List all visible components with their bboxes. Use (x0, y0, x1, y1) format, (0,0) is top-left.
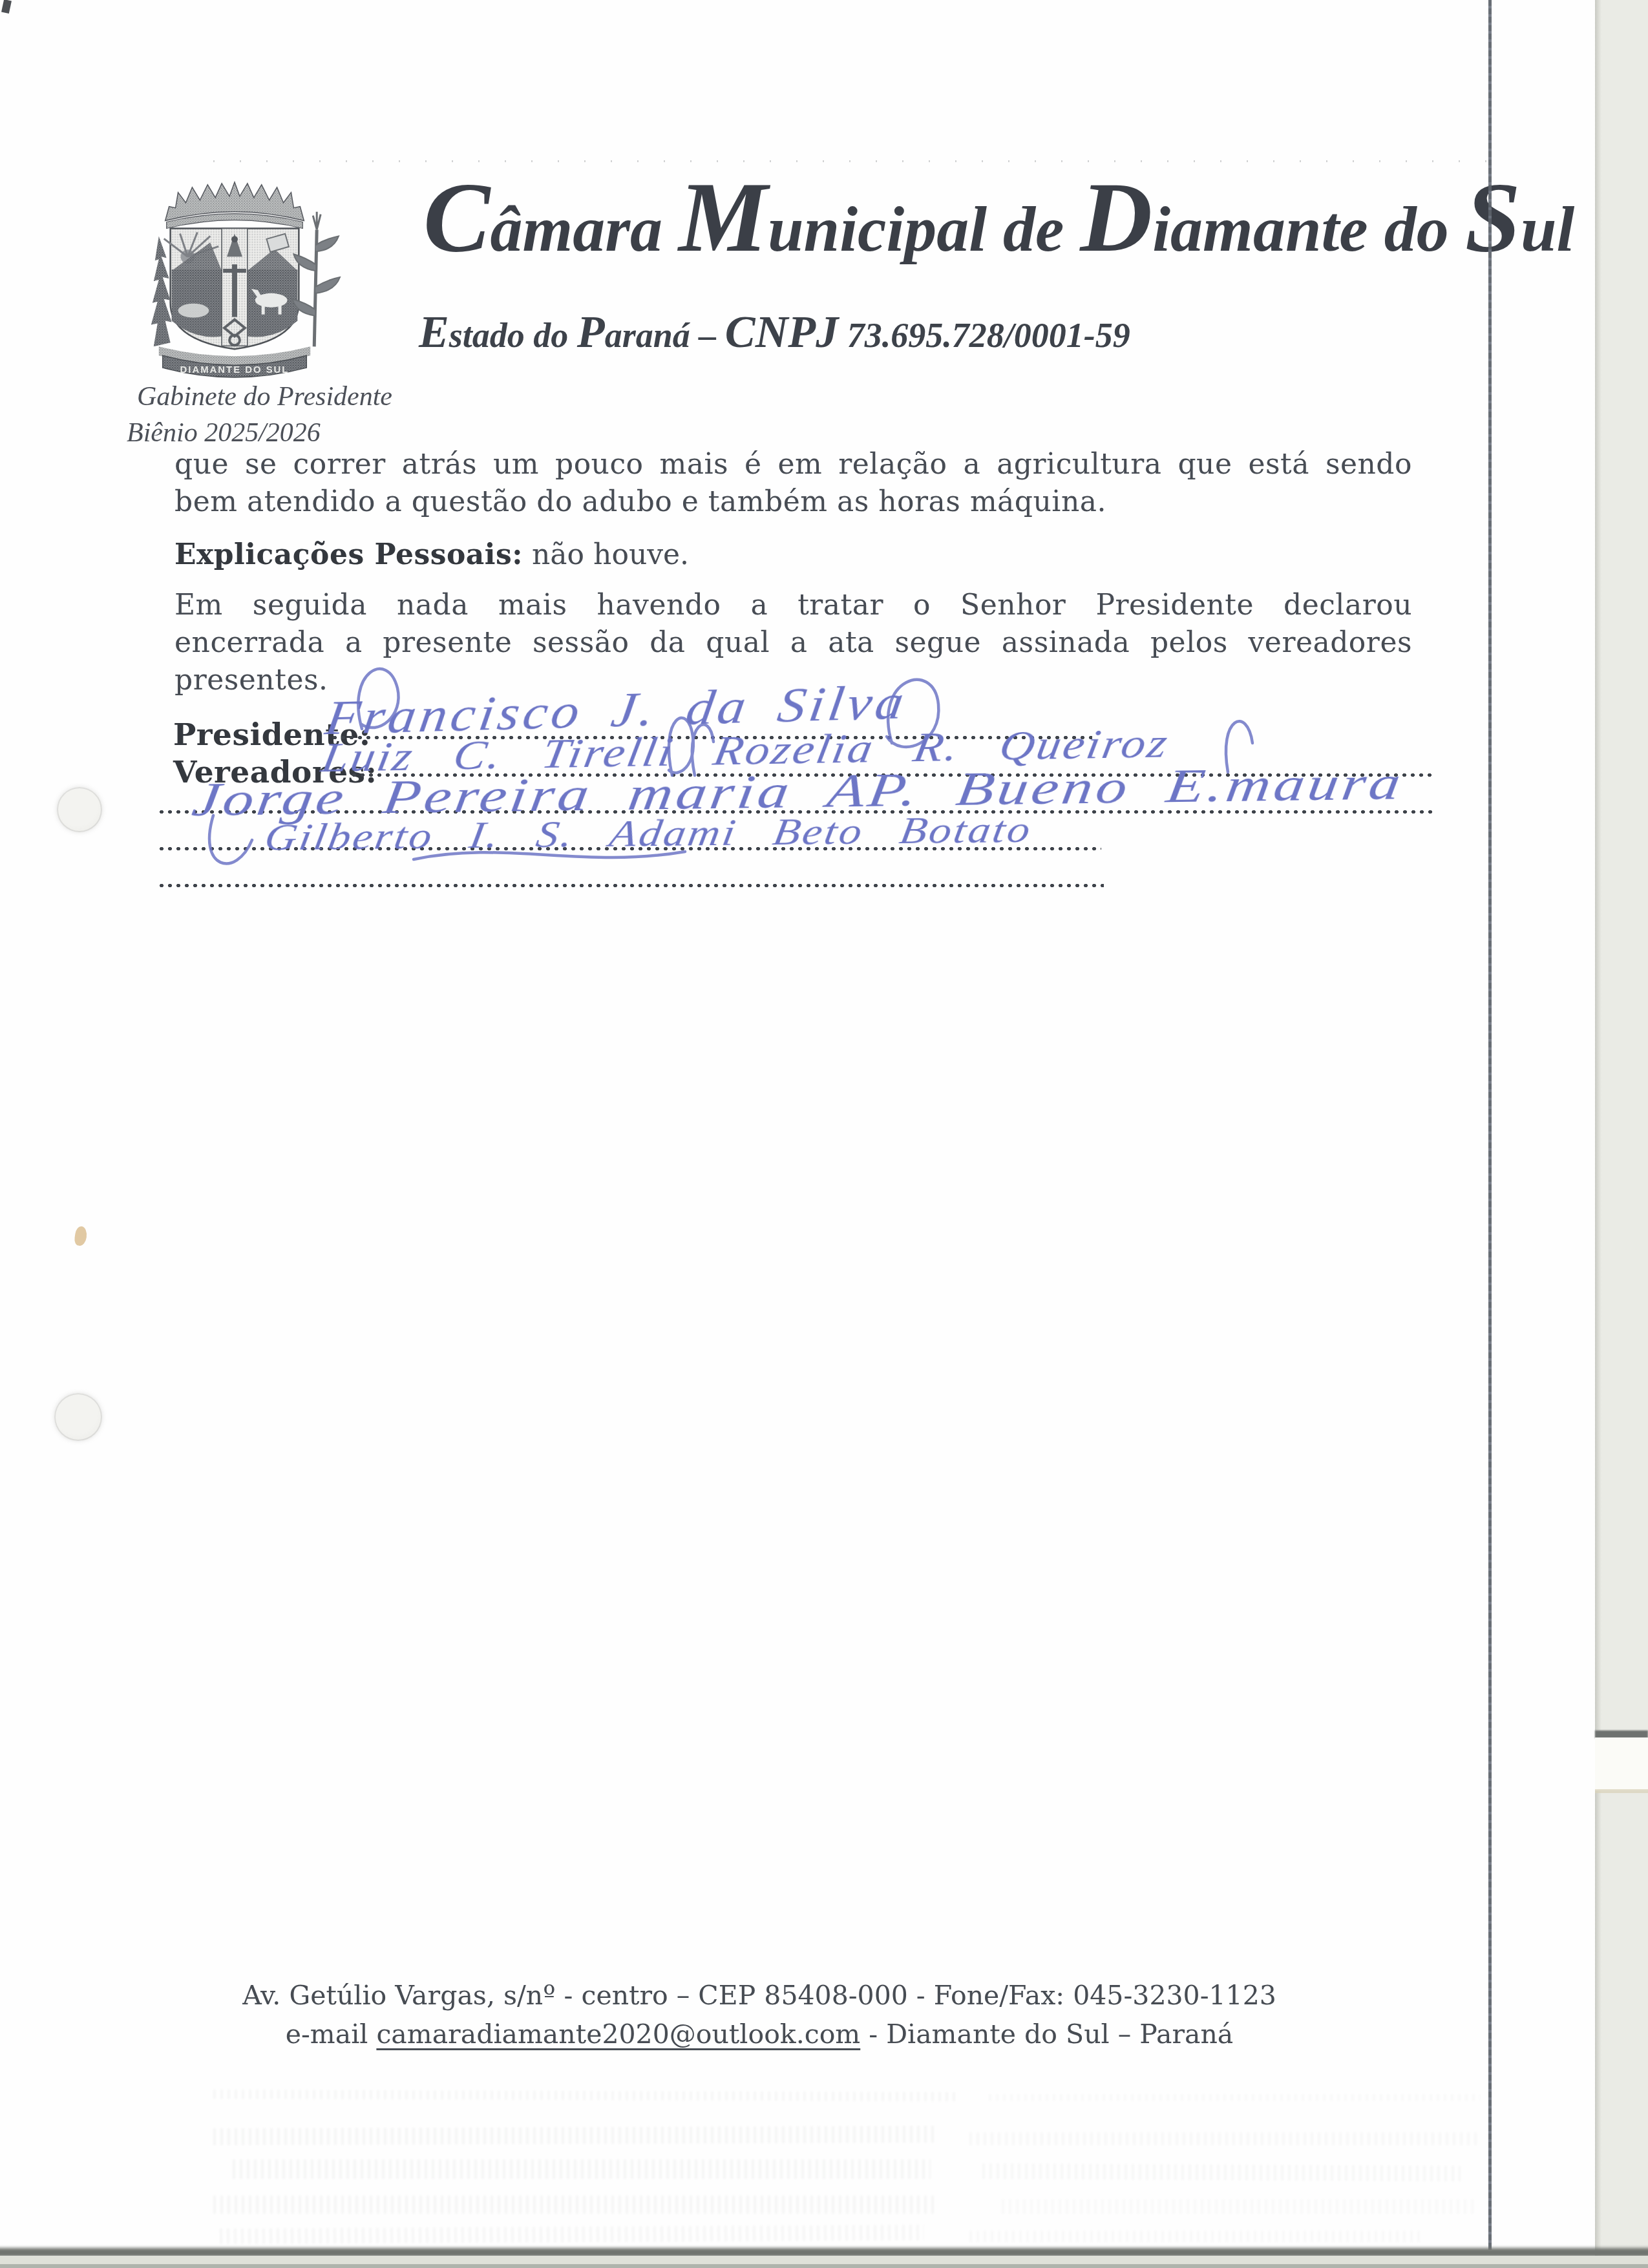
explanations-label: Explicações Pessoais: (174, 538, 523, 571)
page-title: Câmara Municipal de Diamante do Sul (423, 197, 1574, 262)
footer: Av. Getúlio Vargas, s/nº - centro – CEP … (110, 1976, 1409, 2053)
hole-punch-top (57, 787, 102, 832)
scan-artifact-corner-speck (1, 0, 12, 14)
footer-location: - Diamante do Sul – Paraná (860, 2019, 1233, 2050)
bleed-through-text (220, 2225, 924, 2244)
paragraph-line: bem atendido a questão do adubo e também… (174, 483, 1412, 521)
footer-contact-line: e-mail camaradiamante2020@outlook.com - … (110, 2015, 1409, 2053)
scanned-document-page: DIAMANTE DO SUL Câmara Municipal de Diam… (0, 0, 1648, 2268)
term-label: Biênio 2025/2026 (127, 417, 321, 448)
closing-line: Em seguida nada mais havendo a tratar o … (174, 587, 1412, 624)
explanations-value: não houve. (523, 538, 689, 571)
bleed-through-text (969, 2231, 1422, 2242)
pine-branch-icon (151, 236, 172, 346)
footer-address: Av. Getúlio Vargas, s/nº - centro – CEP … (110, 1976, 1409, 2015)
mural-crown-icon (165, 182, 304, 229)
page-subtitle: Estado do Paraná – CNPJ 73.695.728/0001-… (419, 318, 1130, 353)
office-label: Gabinete do Presidente (137, 381, 392, 412)
bleed-through-text (989, 2094, 1480, 2101)
shield (164, 228, 299, 349)
scan-artifact-tan-speck (74, 1226, 88, 1246)
coat-of-arms: DIAMANTE DO SUL (125, 174, 344, 380)
bleed-through-text (1002, 2200, 1474, 2214)
signature-dotted-line (158, 882, 1104, 889)
scanner-background-right (1595, 0, 1648, 2268)
scan-artifact-slit (1595, 1738, 1648, 1790)
bleed-through-text (213, 2090, 956, 2101)
bleed-through-text (982, 2163, 1461, 2181)
scan-artifact-slit-line (1595, 1789, 1648, 1793)
footer-email-link[interactable]: camaradiamante2020@outlook.com (376, 2019, 860, 2050)
council-signatures-row3: Gilberto I. S. Adami Beto Botato (262, 808, 1036, 859)
bleed-through-text (213, 2196, 937, 2214)
scan-artifact-vertical-fold-line (1488, 0, 1492, 2250)
bleed-through-text (233, 2159, 931, 2179)
bleed-through-text (213, 2126, 937, 2145)
scan-artifact-bottom-edge (0, 2264, 1648, 2268)
paragraph-line: que se correr atrás um pouco mais é em r… (174, 446, 1412, 483)
scan-artifact-speck-line (213, 160, 1493, 162)
footer-email-prefix: e-mail (286, 2019, 377, 2050)
emblem-text: DIAMANTE DO SUL (180, 365, 290, 375)
closing-line: encerrada a presente sessão da qual a at… (174, 624, 1412, 662)
personal-explanations-line: Explicações Pessoais: não houve. (174, 536, 689, 574)
bleed-through-text (969, 2132, 1480, 2145)
hole-punch-bottom (54, 1393, 102, 1441)
